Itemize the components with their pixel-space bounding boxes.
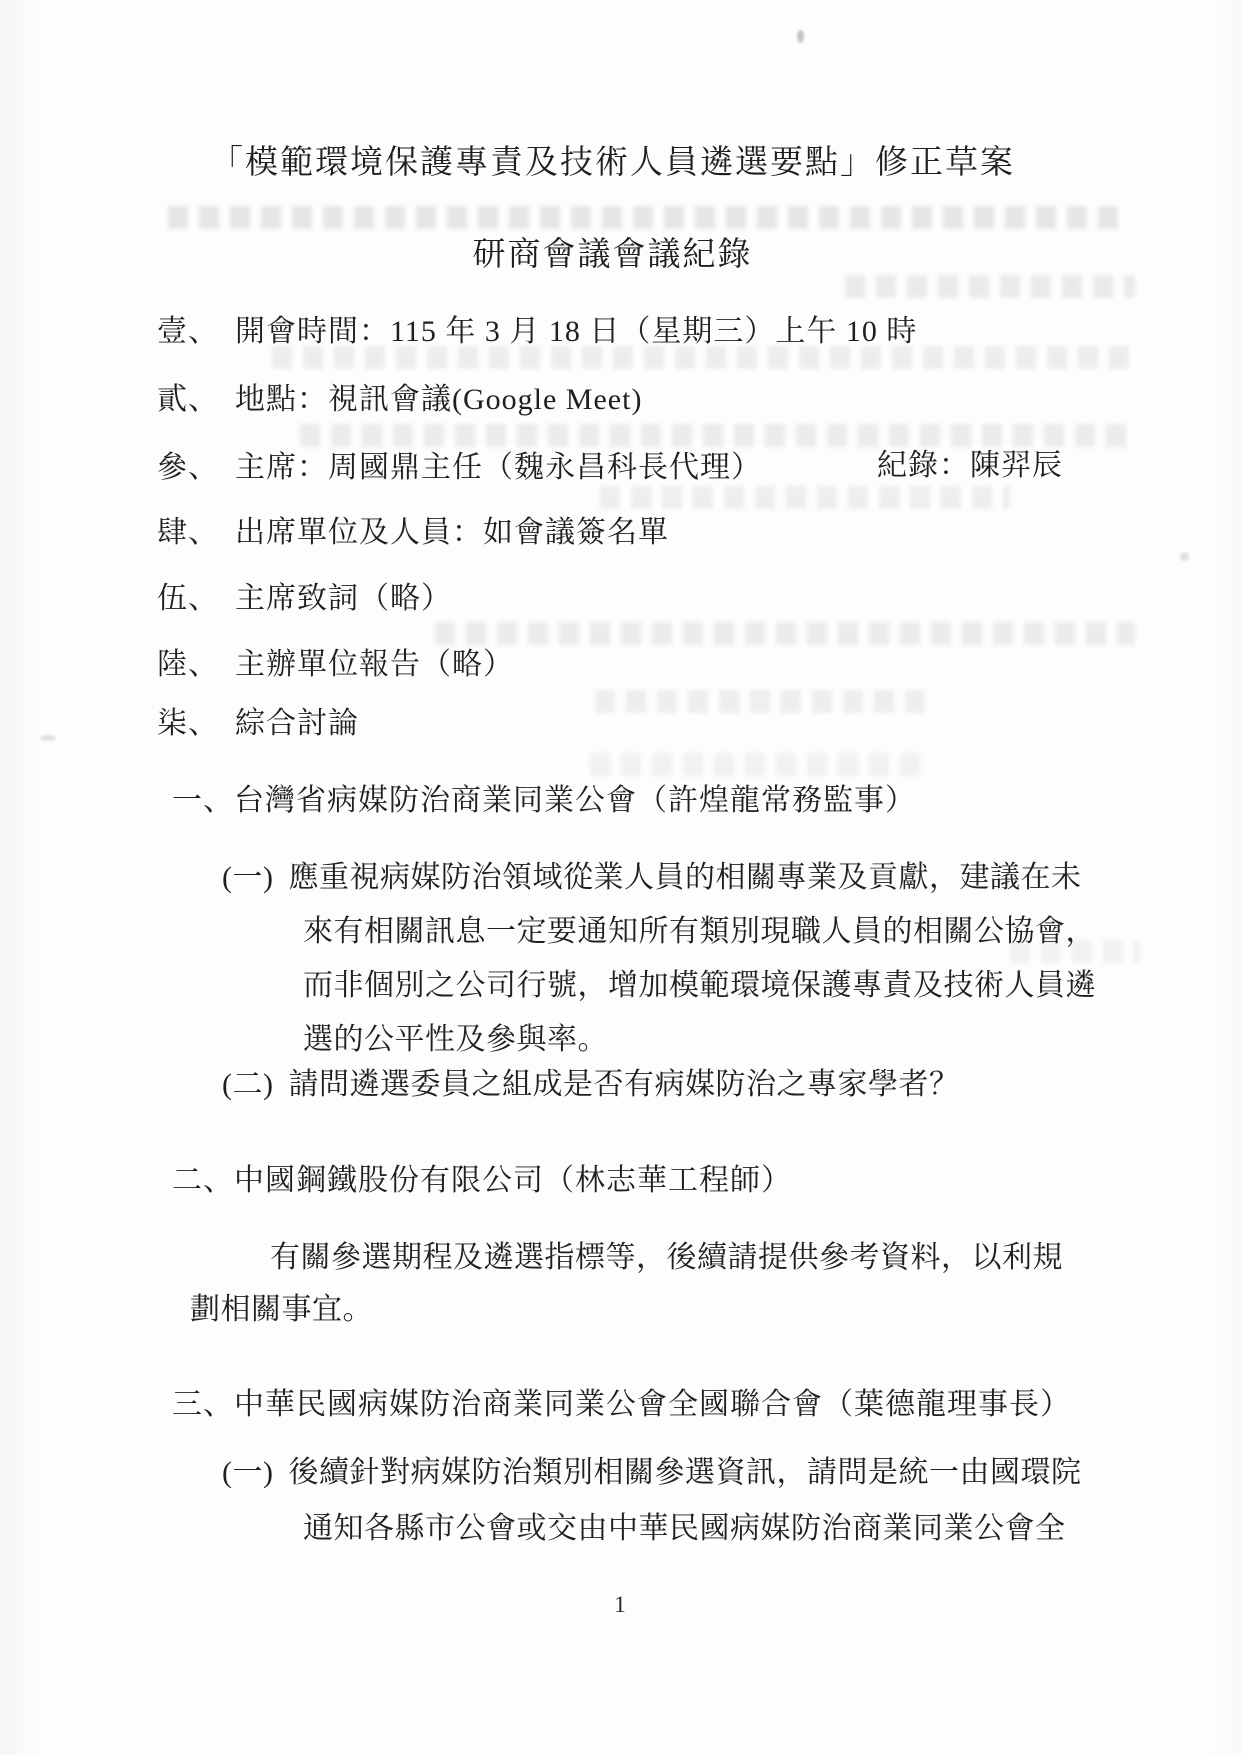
section-heading-2: 二、中國鋼鐵股份有限公司（林志華工程師） xyxy=(172,1160,792,1202)
meta-text: 主辦單位報告（略） xyxy=(235,648,514,681)
meta-ordinal: 貳、 xyxy=(157,383,219,416)
meta-row-attendees: 肆、出席單位及人員：如會議簽名單 xyxy=(157,512,669,554)
meta-row-general-discussion: 柒、綜合討論 xyxy=(157,703,359,745)
bleed-through-artifact xyxy=(168,206,1123,229)
item-label: (一) xyxy=(222,861,273,894)
meta-row-chairperson: 參、主席：周國鼎主任（魏永昌科長代理） xyxy=(157,447,762,489)
bleed-through-artifact xyxy=(590,753,930,776)
meta-row-location: 貳、地點：視訊會議(Google Meet) xyxy=(157,379,642,421)
bleed-through-artifact xyxy=(300,424,1135,447)
meta-ordinal: 伍、 xyxy=(157,582,219,615)
meta-text: 主席：周國鼎主任（魏永昌科長代理） xyxy=(235,451,762,484)
meta-text: 開會時間：115 年 3 月 18 日（星期三）上午 10 時 xyxy=(235,315,917,348)
meta-ordinal: 壹、 xyxy=(157,315,219,348)
item-text: 請問遴選委員之組成是否有病媒防治之專家學者？ xyxy=(288,1068,959,1101)
bleed-through-artifact xyxy=(845,275,1135,298)
meta-ordinal: 參、 xyxy=(157,451,219,484)
bleed-through-artifact xyxy=(595,690,925,713)
meta-ordinal: 肆、 xyxy=(157,516,219,549)
meta-row-chair-remarks: 伍、主席致詞（略） xyxy=(157,578,452,620)
item-text: 應重視病媒防治領域從業人員的相關專業及貢獻，建議在未 來有相關訊息一定要通知所有… xyxy=(288,861,1096,1056)
section-2-paragraph: 有關參選期程及遴選指標等，後續請提供參考資料，以利規 劃相關事宜。 xyxy=(190,1232,1100,1336)
scan-speck xyxy=(1180,552,1189,561)
discussion-item-3-1: (一)後續針對病媒防治類別相關參選資訊，請問是統一由國環院 通知各縣市公會或交由… xyxy=(303,1445,1163,1557)
bleed-through-artifact xyxy=(435,622,1135,645)
discussion-item-1-1: (一)應重視病媒防治領域從業人員的相關專業及貢獻，建議在未 來有相關訊息一定要通… xyxy=(303,851,1163,1067)
meta-row-meeting-time: 壹、開會時間：115 年 3 月 18 日（星期三）上午 10 時 xyxy=(157,311,917,353)
meta-text: 出席單位及人員：如會議簽名單 xyxy=(235,516,669,549)
document-title-line1: 「模範環境保護專責及技術人員遴選要點」修正草案 xyxy=(140,142,1085,184)
section-heading-1: 一、台灣省病媒防治商業同業公會（許煌龍常務監事） xyxy=(172,780,916,822)
meta-text: 主席致詞（略） xyxy=(235,582,452,615)
page-number: 1 xyxy=(598,1592,642,1618)
section-heading-3: 三、中華民國病媒防治商業同業公會全國聯合會（葉德龍理事長） xyxy=(172,1384,1071,1426)
document-title-line2: 研商會議會議紀錄 xyxy=(140,234,1085,276)
scan-speck xyxy=(40,735,56,741)
scan-speck xyxy=(797,30,804,43)
meta-ordinal: 陸、 xyxy=(157,648,219,681)
item-label: (二) xyxy=(222,1068,273,1101)
item-text: 後續針對病媒防治類別相關參選資訊，請問是統一由國環院 通知各縣市公會或交由中華民… xyxy=(288,1456,1081,1545)
document-page: 「模範環境保護專責及技術人員遴選要點」修正草案 研商會議會議紀錄 壹、開會時間：… xyxy=(0,0,1241,1755)
bleed-through-artifact xyxy=(600,486,1010,509)
item-label: (一) xyxy=(222,1456,273,1489)
meta-text: 地點：視訊會議(Google Meet) xyxy=(235,383,642,416)
recorder-note: 紀錄：陳羿辰 xyxy=(877,445,1063,487)
meta-row-organizer-report: 陸、主辦單位報告（略） xyxy=(157,644,514,686)
discussion-item-1-2: (二)請問遴選委員之組成是否有病媒防治之專家學者？ xyxy=(303,1058,1163,1112)
meta-text: 綜合討論 xyxy=(235,707,359,740)
meta-ordinal: 柒、 xyxy=(157,707,219,740)
